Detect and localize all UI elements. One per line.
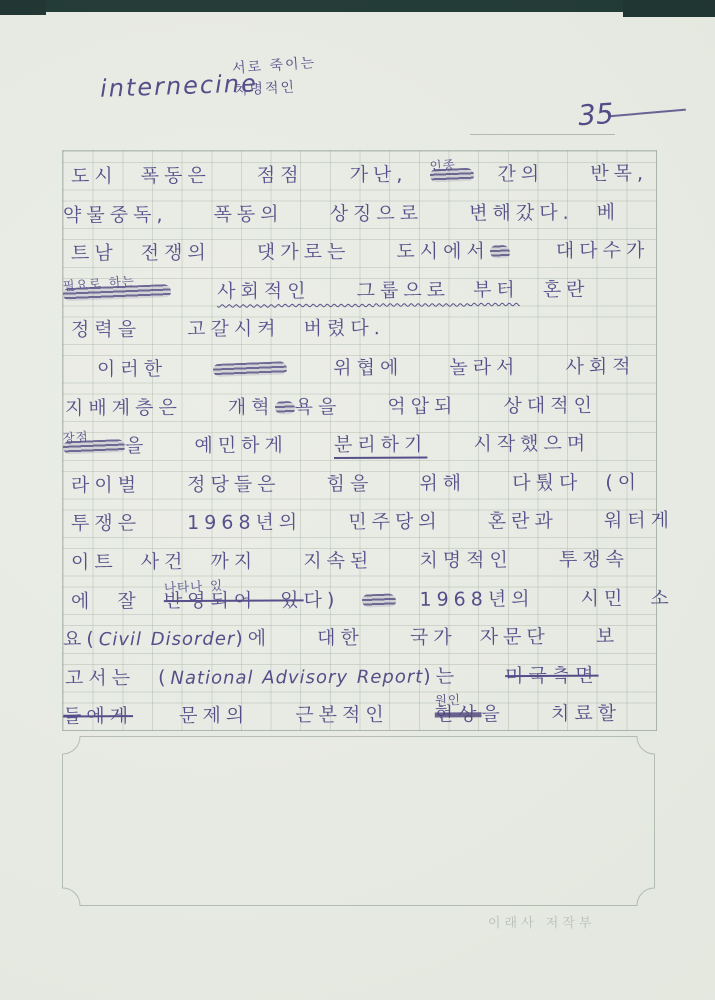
corrected-text: 미국측면 [505,664,599,686]
handwriting-text: 지배계층은 개혁 [65,396,275,419]
handwritten-line: 장점을 예민하게 분리하기 시작했으며 [63,431,590,460]
handwriting-text: 을 예민하게 [125,434,334,457]
corrected-text: 들에게 [63,705,133,727]
handwriting-text: Civil Disorder [99,629,236,651]
handwritten-line: 이트 사건 까지 지속된 치명적인 투쟁속 [71,547,629,576]
handwriting-text: 대다수가 [510,240,650,263]
handwritten-line: 필요로 하는 사회적인 그룹으로 부터 혼란 [63,276,590,305]
handwritten-line: 투쟁은 1968년의 민주당의 혼란과 워터게 [71,508,674,537]
handwritten-line: 도시 폭동은 점점 가난, 인종 간의 반목, [71,160,648,189]
handwriting-text: 시작했으며 [427,433,590,456]
corrected-text: 현상원인 [435,704,482,726]
handwriting-text: 이트 사건 까지 지속된 치명적인 투쟁속 [71,549,629,574]
publisher-watermark: 이래사 저작부 [488,912,595,931]
margin-annotation-gloss-2: 치명적인 [234,76,297,99]
scan-edge-corner-left [0,0,46,15]
manuscript-grid: 도시 폭동은 점점 가난, 인종 간의 반목,약물중독, 폭동의 상징으로 변해… [62,150,657,731]
insertion-above: 장점 [62,424,90,452]
handwriting-text: 고서는 ( [65,667,171,690]
insertion-above: 필요로 하는 [62,267,136,298]
handwritten-line: 고서는 (National Advisory Report)는 미국측면 [65,662,599,691]
handwritten-line: 정력을 고갈시켜 버렸다. [71,316,385,344]
scribbled-out-text: 장점 [63,439,125,454]
margin-annotation-gloss-1: 서로 죽이는 [231,52,316,78]
handwriting-text: National Advisory Report [170,666,423,688]
handwriting-text: 라이벌 정당들은 힘을 위해 다퉜다 (이 [71,471,641,496]
page-number-dash [608,109,686,118]
handwritten-line: 들에게 문제의 근본적인 현상원인을 치료할 [63,701,621,730]
handwritten-line: 트남 전쟁의 댓가로는 도시에서 대다수가 [71,238,649,267]
handwriting-text: 투쟁은 1968년의 민주당의 혼란과 워터게 [71,510,674,535]
handwriting-text: 욕을 억압되 상대적인 [295,394,597,418]
handwriting-text: 을 치료할 [481,703,621,726]
handwriting-text: 도시 폭동은 점점 가난, [71,164,431,188]
handwritten-line: 지배계층은 개혁욕을 억압되 상대적인 [65,392,597,421]
handwriting-text: 정력을 고갈시켜 버렸다. [71,318,385,342]
handwriting-text: 다) [304,589,363,611]
handwriting-text: 약물중독, 폭동의 상징으로 변해갔다. 베 [63,201,620,226]
scan-edge-corner-right [623,0,715,17]
scribbled-out-text [490,245,511,259]
handwritten-line: 이러한 위협에 놀라서 사회적 [97,354,636,383]
handwriting-text: 트남 전쟁의 댓가로는 도시에서 [71,241,490,265]
faint-margin-line [470,134,615,135]
insertion-above: 인종 [429,151,457,179]
handwriting-text: 문제의 근본적인 [133,704,435,728]
handwriting-text: 이러한 [97,358,213,381]
scribbled-out-text [362,592,396,606]
insertion-above: 원인 [434,687,461,714]
handwritten-line: 요(Civil Disorder)에 대한 국가 자문단 보 [63,624,619,653]
handwritten-line: 라이벌 정당들은 힘을 위해 다퉜다 (이 [71,469,641,498]
handwriting-text: )에 대한 국가 자문단 보 [235,626,619,650]
handwriting-text: 요( [63,628,99,650]
handwriting-text: )는 [423,665,505,687]
handwriting-text: 혼란 [520,278,590,300]
handwriting-text: 1968년의 시민 소 [396,587,673,610]
manuscript-page: internecine 서로 죽이는 치명적인 35 도시 폭동은 점점 가난,… [0,0,715,1000]
scribbled-out-text: 필요로 하는 [63,283,171,300]
corrected-text: 사회적인 그룹으로 부터 [217,279,520,303]
corrected-text: 반영되어 있나타나 있 [164,589,304,612]
insertion-above: 나타나 있 [163,572,223,600]
empty-notched-box [62,736,655,906]
corrected-text: 분리하기 [334,434,428,456]
handwriting-text [171,280,217,302]
scribbled-out-text [213,361,287,377]
handwritten-line: 에 잘 반영되어 있나타나 있다) 1968년의 시민 소 [71,585,674,614]
scribbled-out-text [274,400,295,414]
handwriting-text: 에 잘 [71,590,164,612]
handwriting-text: 위협에 놀라서 사회적 [287,356,636,380]
handwriting-text: 간의 반목, [474,162,648,185]
scan-edge-band [0,0,715,12]
scribbled-out-text: 인종 [430,167,474,182]
handwritten-line: 약물중독, 폭동의 상징으로 변해갔다. 베 [63,199,620,228]
